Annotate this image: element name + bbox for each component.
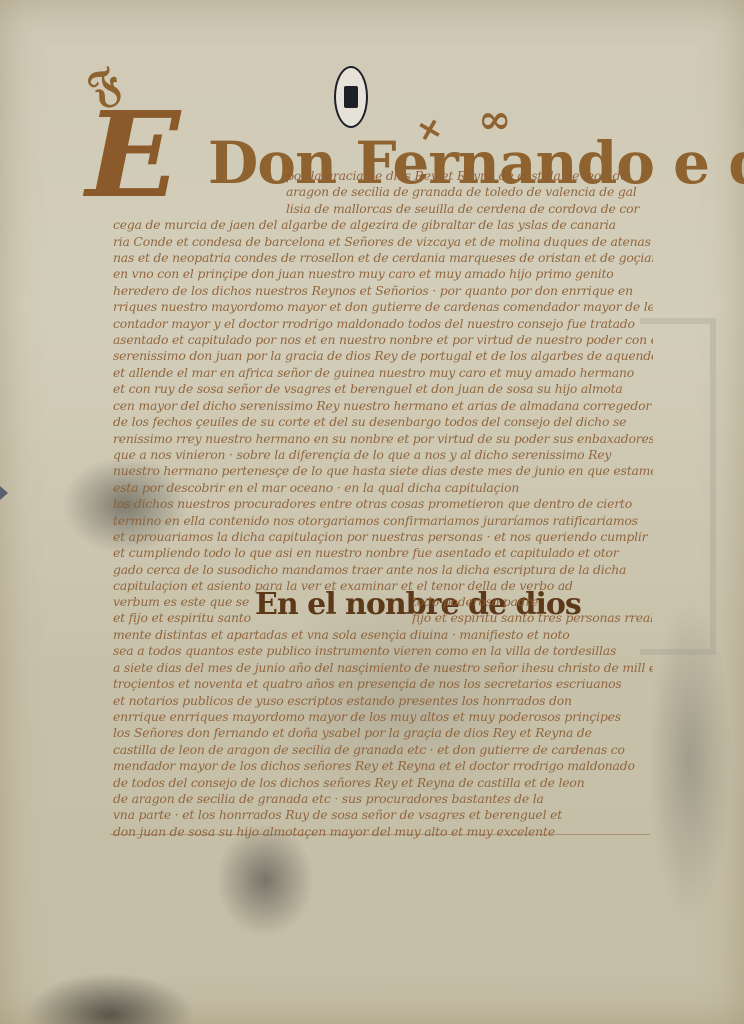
body-text-top: por la gracia de dios Rey et Reyna de ca… — [113, 168, 653, 595]
text-line: castilla de leon de aragon de secilia de… — [113, 742, 653, 758]
text-line: serenissimo don juan por la gracia de di… — [113, 348, 653, 364]
text-line: troçientos et noventa et quatro años en … — [113, 676, 653, 692]
text-line: rriques nuestro mayordomo mayor et don g… — [113, 299, 653, 315]
text-line: et con ruy de sosa señor de vsagres et b… — [113, 381, 653, 397]
mid-right-text: todo poderoso padre fijo et espiritu san… — [412, 594, 652, 627]
text-line: aragon de secilia de granada de toledo d… — [113, 184, 653, 200]
body-text-bottom: mente distintas et apartadas et vna sola… — [113, 627, 653, 840]
text-line: et cumpliendo todo lo que asi en nuestro… — [113, 545, 653, 561]
text-line: et allende el mar en africa señor de gui… — [113, 365, 653, 381]
text-line: de los fechos çeuiles de su corte et del… — [113, 414, 653, 430]
text-line: que a nos vinieron · sobre la diferençia… — [113, 447, 653, 463]
text-line: cen mayor del dicho serenissimo Rey nues… — [113, 398, 653, 414]
text-line: todo poderoso padre — [412, 594, 652, 610]
text-line: termino en ella contenido nos otorgariam… — [113, 513, 653, 529]
text-line: por la gracia de dios Rey et Reyna de ca… — [113, 168, 653, 184]
text-line: enrrique enrriques mayordomo mayor de lo… — [113, 709, 653, 725]
text-line: et notarios publicos de yuso escriptos e… — [113, 693, 653, 709]
text-line: asentado et capitulado por nos et en nue… — [113, 332, 653, 348]
text-line: gado cerca de lo susodicho mandamos trae… — [113, 562, 653, 578]
text-line: mente distintas et apartadas et vna sola… — [113, 627, 653, 643]
text-line: et fijo et espiritu santo — [113, 610, 253, 626]
text-line: esta por descobrir en el mar oceano · en… — [113, 480, 653, 496]
ruling-line — [110, 834, 650, 835]
text-line: sea a todos quantos este publico instrum… — [113, 643, 653, 659]
text-line: nuestro hermano pertenesçe de lo que has… — [113, 463, 653, 479]
text-line: verbum es este que se sigue — [113, 594, 253, 610]
text-line: fijo et espiritu santo tres personas rre… — [412, 610, 652, 626]
text-line: cega de murcia de jaen del algarbe de al… — [113, 217, 653, 233]
text-line: a siete dias del mes de junio año del na… — [113, 660, 653, 676]
text-line: de todos del consejo de los dichos señor… — [113, 775, 653, 791]
text-line: contador mayor y el doctor rrodrigo mald… — [113, 316, 653, 332]
text-line: los dichos nuestros procuradores entre o… — [113, 496, 653, 512]
castle-icon — [344, 86, 358, 108]
text-line: renissimo rrey nuestro hermano en su non… — [113, 431, 653, 447]
text-line: et aprouariamos la dicha capitulaçion po… — [113, 529, 653, 545]
text-line: don juan de sosa su hijo almotaçen mayor… — [113, 824, 653, 840]
mid-left-text: verbum es este que se sigue et fijo et e… — [113, 594, 253, 627]
manuscript-page: 𝔉 ✕ ∞ E Don Fernando e doña Ysabel por l… — [0, 0, 744, 1024]
text-line: los Señores don fernando et doña ysabel … — [113, 725, 653, 741]
text-line: vna parte · et los honrrados Ruy de sosa… — [113, 807, 653, 823]
text-line: mendador mayor de los dichos señores Rey… — [113, 758, 653, 774]
text-line: de aragon de secilia de granada etc · su… — [113, 791, 653, 807]
text-line: ria Conde et condesa de barcelona et Señ… — [113, 234, 653, 250]
page-edge-tab — [0, 486, 8, 500]
archive-seal-icon — [334, 66, 368, 128]
text-line: heredero de los dichos nuestros Reynos e… — [113, 283, 653, 299]
text-line: en vno con el prinçipe don juan nuestro … — [113, 266, 653, 282]
text-line: lisia de mallorcas de seuilla de cerdena… — [113, 201, 653, 217]
text-line: nas et de neopatria condes de rrosellon … — [113, 250, 653, 266]
